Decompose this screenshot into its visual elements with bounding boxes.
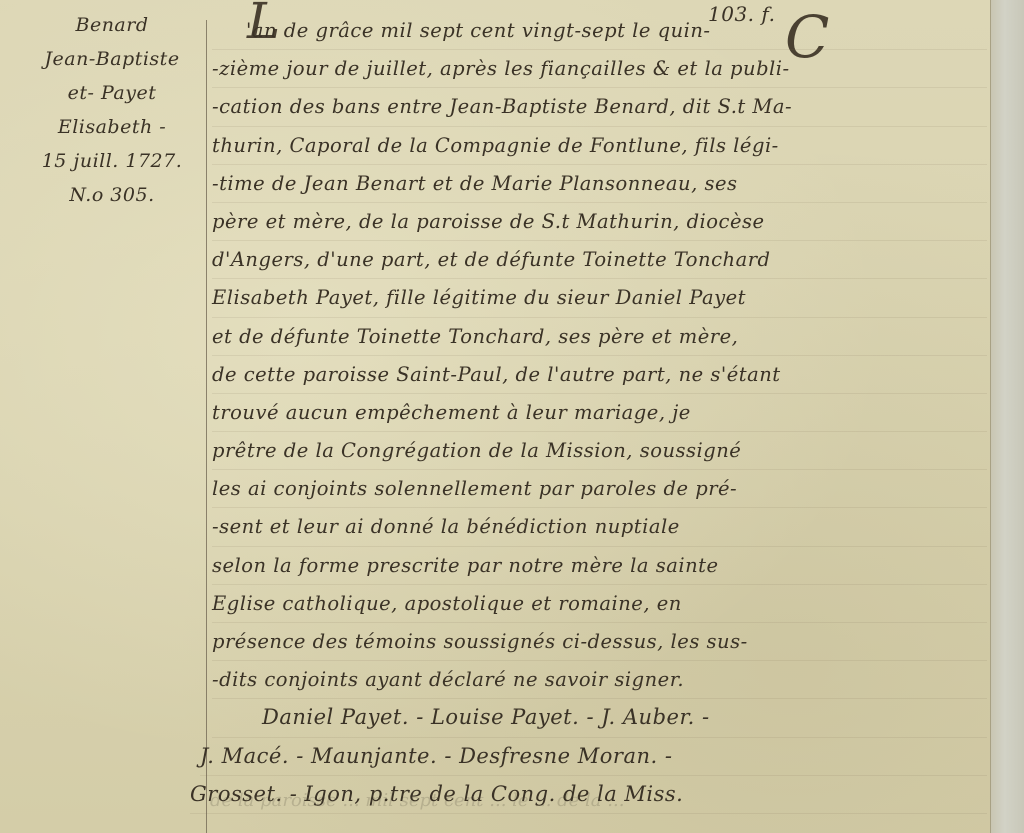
signature-line: Daniel Payet. - Louise Payet. - J. Auber… (212, 699, 987, 737)
record-line: thurin, Caporal de la Compagnie de Fontl… (212, 127, 987, 165)
record-line: -cation des bans entre Jean-Baptiste Ben… (212, 88, 987, 126)
record-line: présence des témoins soussignés ci-dessu… (212, 623, 987, 661)
record-line: les ai conjoints solennellement par paro… (212, 470, 987, 508)
margin-note: Benard Jean-Baptiste et- Payet Elisabeth… (22, 8, 202, 212)
margin-rule-line (206, 20, 207, 833)
register-page: 103. f. Benard Jean-Baptiste et- Payet E… (0, 0, 990, 833)
record-line: -sent et leur ai donné la bénédiction nu… (212, 508, 987, 546)
margin-note-record-number: N.o 305. (22, 178, 202, 212)
record-line: trouvé aucun empêchement à leur mariage,… (212, 394, 987, 432)
record-line: -zième jour de juillet, après les fiança… (212, 50, 987, 88)
bleed-through-text: de la paroisse ... mil sept cent ... le … (210, 790, 990, 830)
record-line: selon la forme prescrite par notre mère … (212, 547, 987, 585)
signature-line: J. Macé. - Maunjante. - Desfresne Moran.… (200, 738, 987, 776)
record-line: de cette paroisse Saint-Paul, de l'autre… (212, 356, 987, 394)
record-line: -time de Jean Benart et de Marie Planson… (212, 165, 987, 203)
page-edge (990, 0, 1024, 833)
margin-note-date: 15 juill. 1727. (22, 144, 202, 178)
record-line: 'an de grâce mil sept cent vingt-sept le… (212, 12, 987, 50)
record-line: Elisabeth Payet, fille légitime du sieur… (212, 279, 987, 317)
record-body: 'an de grâce mil sept cent vingt-sept le… (212, 12, 987, 814)
margin-note-groom-given-name: Jean-Baptiste (22, 42, 202, 76)
margin-note-surname: Benard (22, 8, 202, 42)
margin-note-bride-given-name: Elisabeth - (22, 110, 202, 144)
record-line: Eglise catholique, apostolique et romain… (212, 585, 987, 623)
record-line: d'Angers, d'une part, et de défunte Toin… (212, 241, 987, 279)
record-line: et de défunte Toinette Tonchard, ses pèr… (212, 318, 987, 356)
record-line: -dits conjoints ayant déclaré ne savoir … (212, 661, 987, 699)
record-line: prêtre de la Congrégation de la Mission,… (212, 432, 987, 470)
record-line: père et mère, de la paroisse de S.t Math… (212, 203, 987, 241)
margin-note-bride-surname: et- Payet (22, 76, 202, 110)
